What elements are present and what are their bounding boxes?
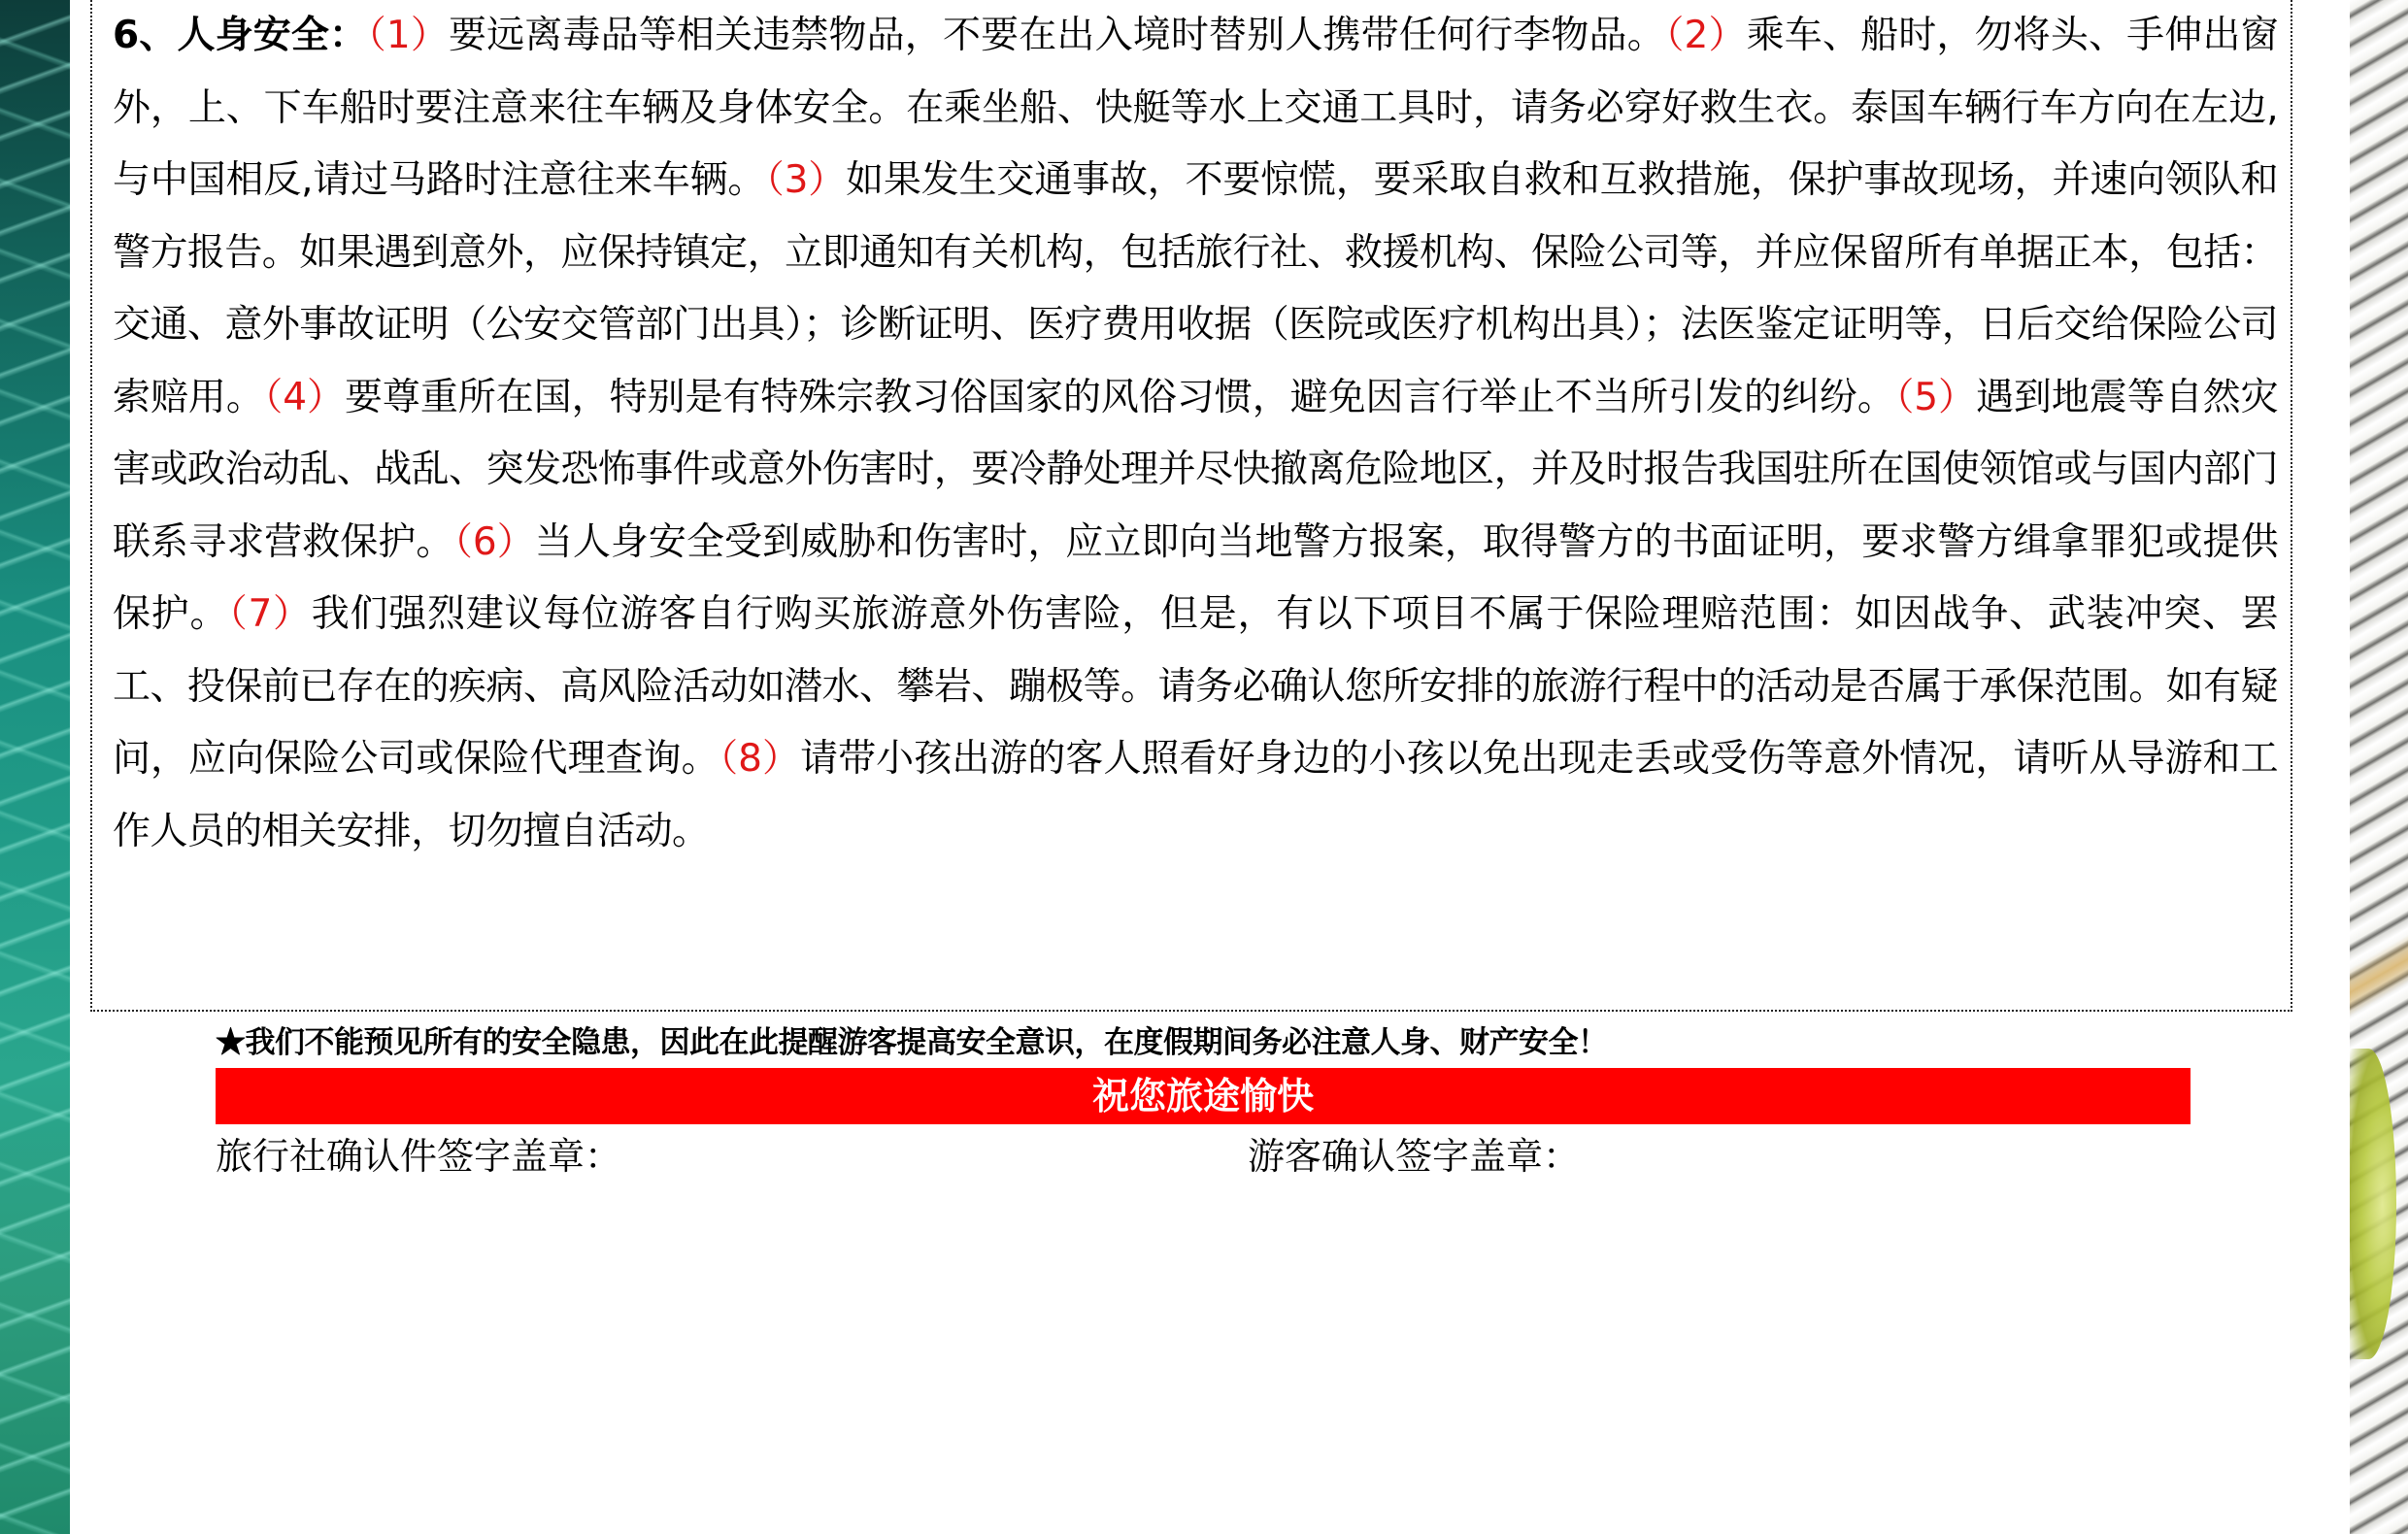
decorative-tan-band <box>2350 932 2408 1019</box>
tourist-signature-label: 游客确认签字盖章： <box>1248 1129 1580 1184</box>
item-number-8: （8） <box>719 737 800 781</box>
section-heading: 6、人身安全： <box>113 14 367 57</box>
item-number-5: （5） <box>1895 376 1976 419</box>
decorative-left-strip <box>0 0 70 1534</box>
item-number-2: （2） <box>1665 14 1747 57</box>
safety-notice: ★我们不能预见所有的安全隐患，因此在此提醒游客提高安全意识，在度假期间务必注意人… <box>216 1022 2206 1063</box>
agency-signature-label: 旅行社确认件签字盖章： <box>216 1129 621 1184</box>
item-number-6: （6） <box>453 520 534 564</box>
item-number-4: （4） <box>264 376 345 419</box>
decorative-right-strip <box>2350 0 2408 1534</box>
item-number-1: （1） <box>367 14 449 57</box>
item-text-1: 要远离毒品等相关违禁物品，不要在出入境时替别人携带任何行李物品。 <box>449 14 1665 57</box>
farewell-banner: 祝您旅途愉快 <box>216 1068 2191 1124</box>
item-number-7: （7） <box>228 592 312 636</box>
decorative-leaf <box>2350 1049 2396 1359</box>
personal-safety-paragraph: 6、人身安全：（1）要远离毒品等相关违禁物品，不要在出入境时替别人携带任何行李物… <box>113 0 2278 868</box>
item-number-3: （3） <box>765 158 846 202</box>
item-text-4: 要尊重所在国，特别是有特殊宗教习俗国家的风俗习惯，避免因言行举止不当所引发的纠纷… <box>345 376 1895 419</box>
